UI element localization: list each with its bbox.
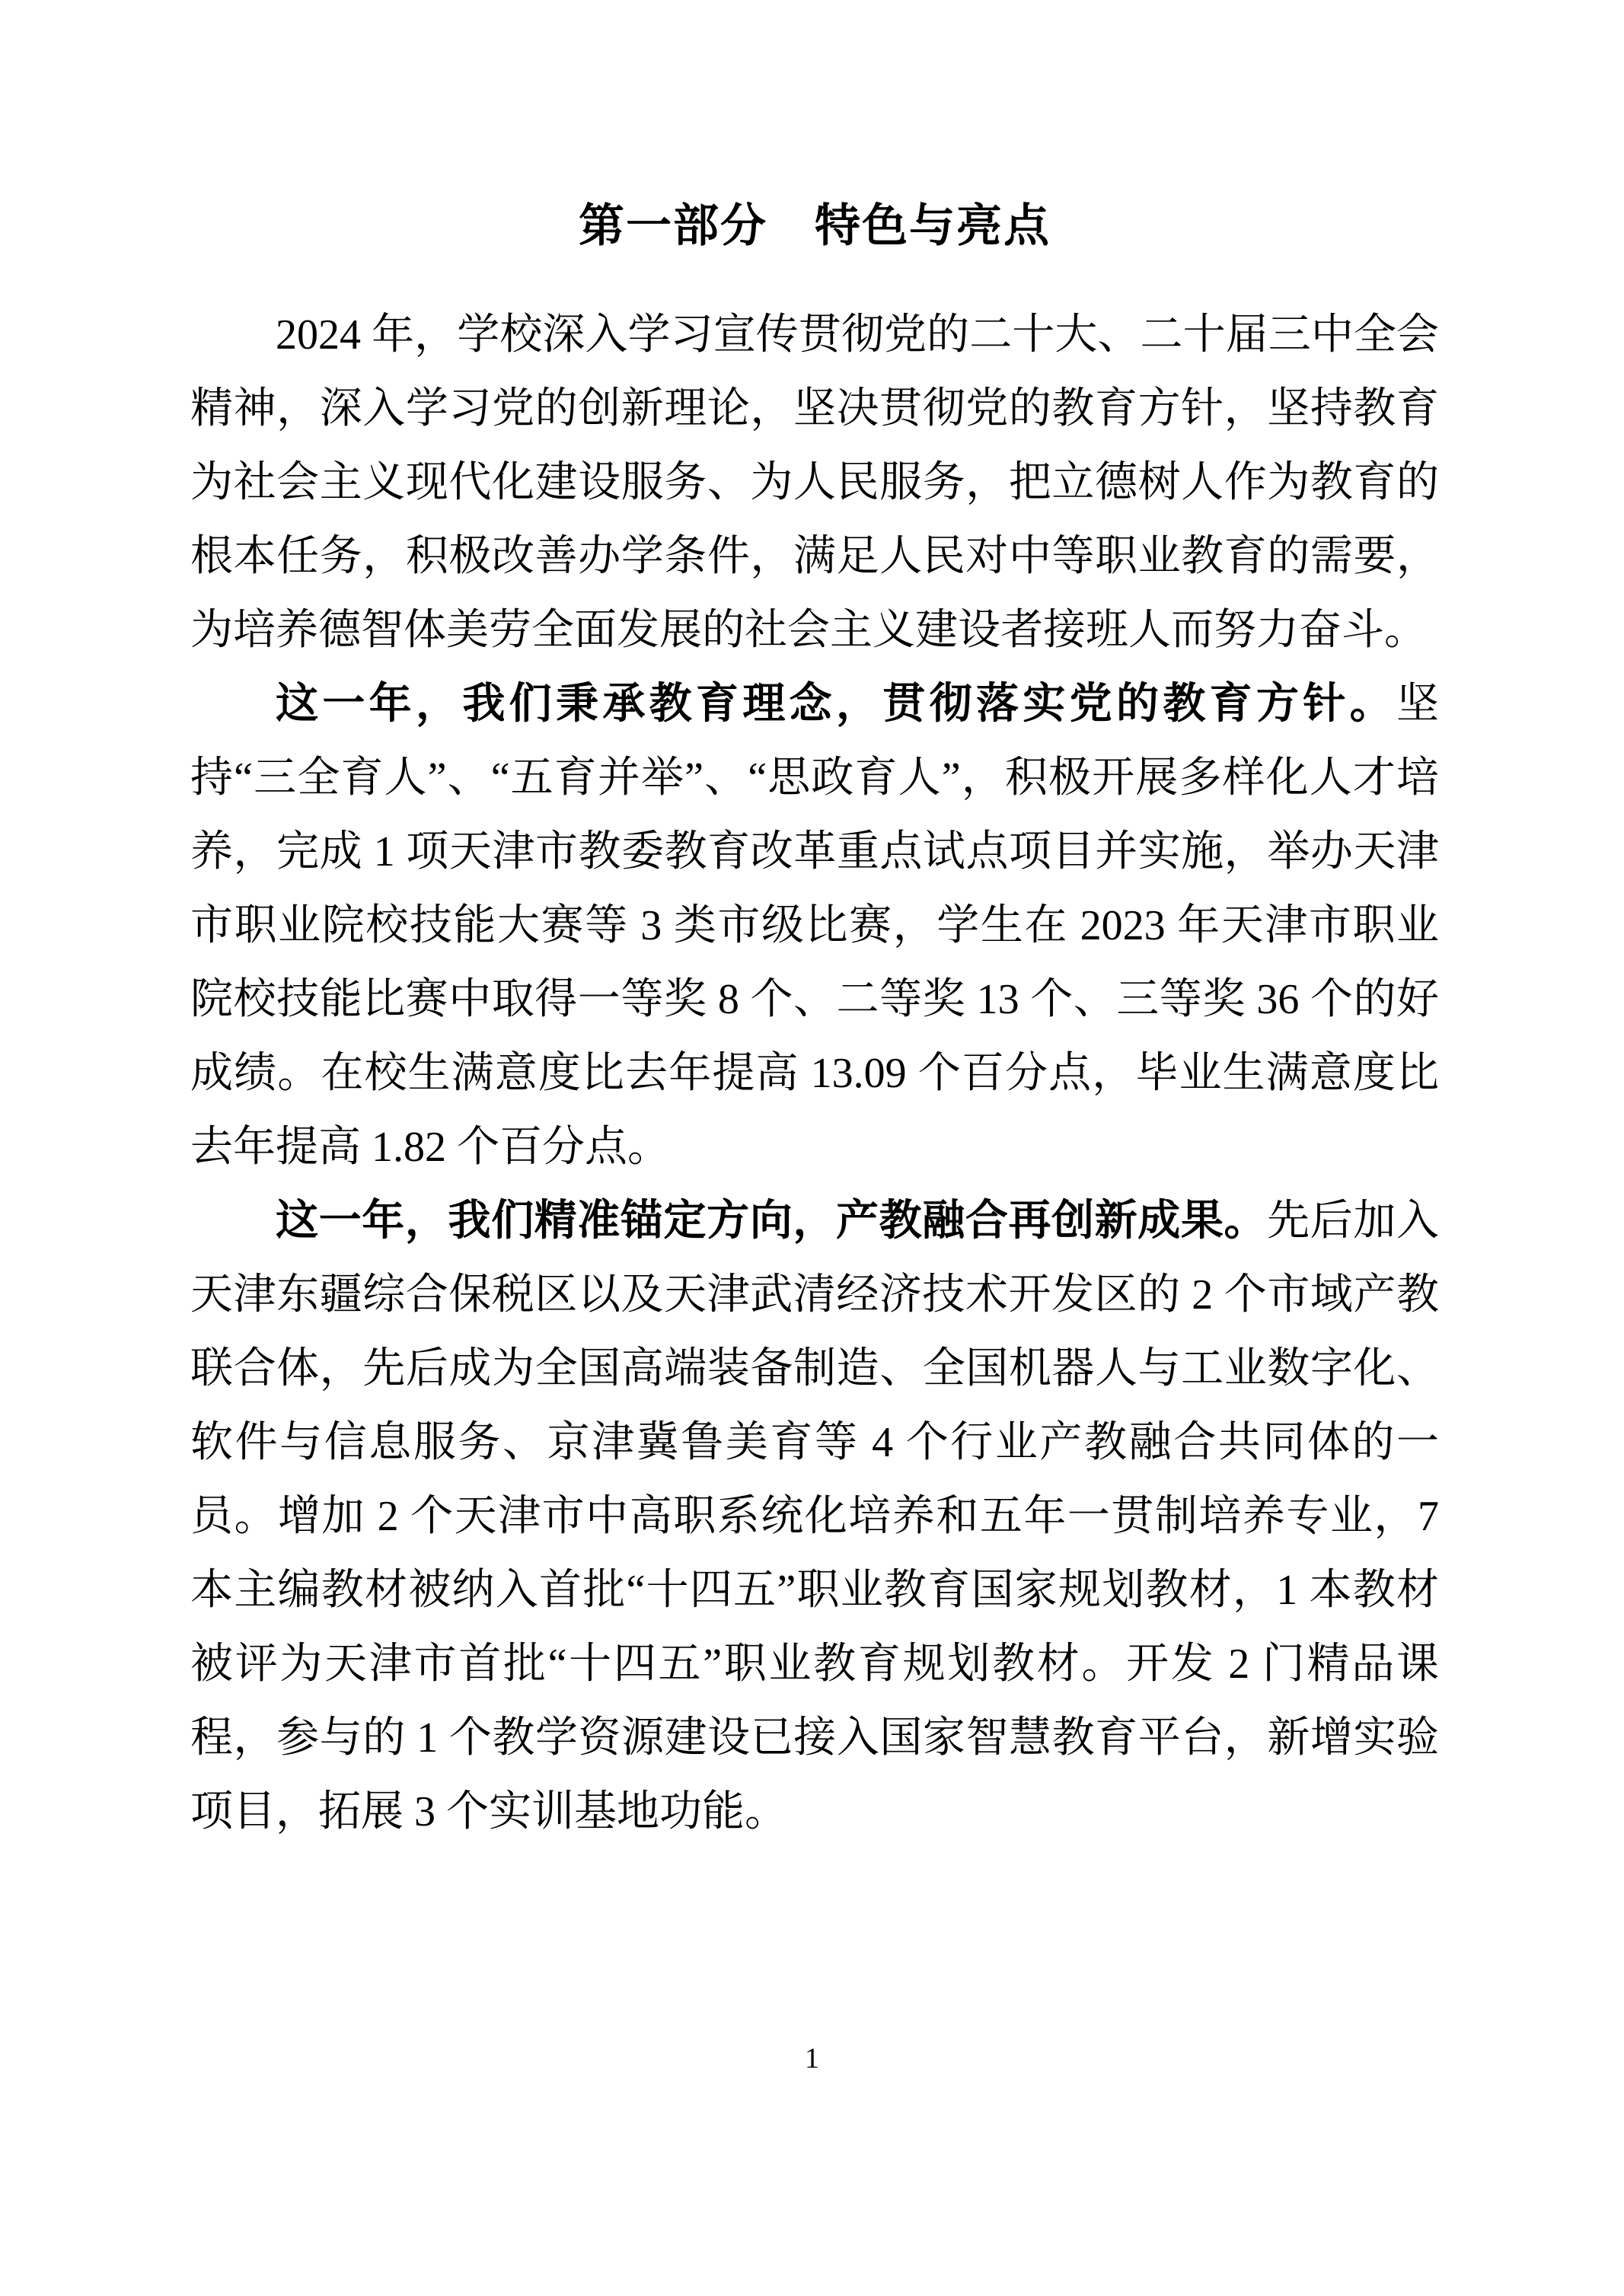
paragraph: 这一年，我们秉承教育理念，贯彻落实党的教育方针。坚持“三全育人”、“五育并举”、… — [190, 668, 1439, 1185]
paragraph: 2024 年，学校深入学习宣传贯彻党的二十大、二十届三中全会精神，深入学习党的创… — [190, 298, 1439, 668]
paragraph: 这一年，我们精准锚定方向，产教融合再创新成果。先后加入天津东疆综合保税区以及天津… — [190, 1185, 1439, 1849]
paragraph-body-text: 先后加入天津东疆综合保税区以及天津武清经济技术开发区的 2 个市域产教联合体，先… — [190, 1197, 1439, 1835]
paragraph-body-text: 坚持“三全育人”、“五育并举”、“思政育人”，积极开展多样化人才培养，完成 1 … — [190, 681, 1439, 1171]
page-number: 1 — [0, 2037, 1624, 2080]
document-page: 第一部分 特色与亮点 2024 年，学校深入学习宣传贯彻党的二十大、二十届三中全… — [0, 0, 1624, 2296]
paragraph-body-text: 2024 年，学校深入学习宣传贯彻党的二十大、二十届三中全会精神，深入学习党的创… — [190, 311, 1439, 654]
page-title: 第一部分 特色与亮点 — [190, 189, 1439, 263]
paragraph-lead-bold: 这一年，我们精准锚定方向，产教融合再创新成果。 — [276, 1197, 1267, 1245]
document-body: 2024 年，学校深入学习宣传贯彻党的二十大、二十届三中全会精神，深入学习党的创… — [190, 298, 1439, 1849]
paragraph-lead-bold: 这一年，我们秉承教育理念，贯彻落实党的教育方针。 — [276, 681, 1396, 728]
